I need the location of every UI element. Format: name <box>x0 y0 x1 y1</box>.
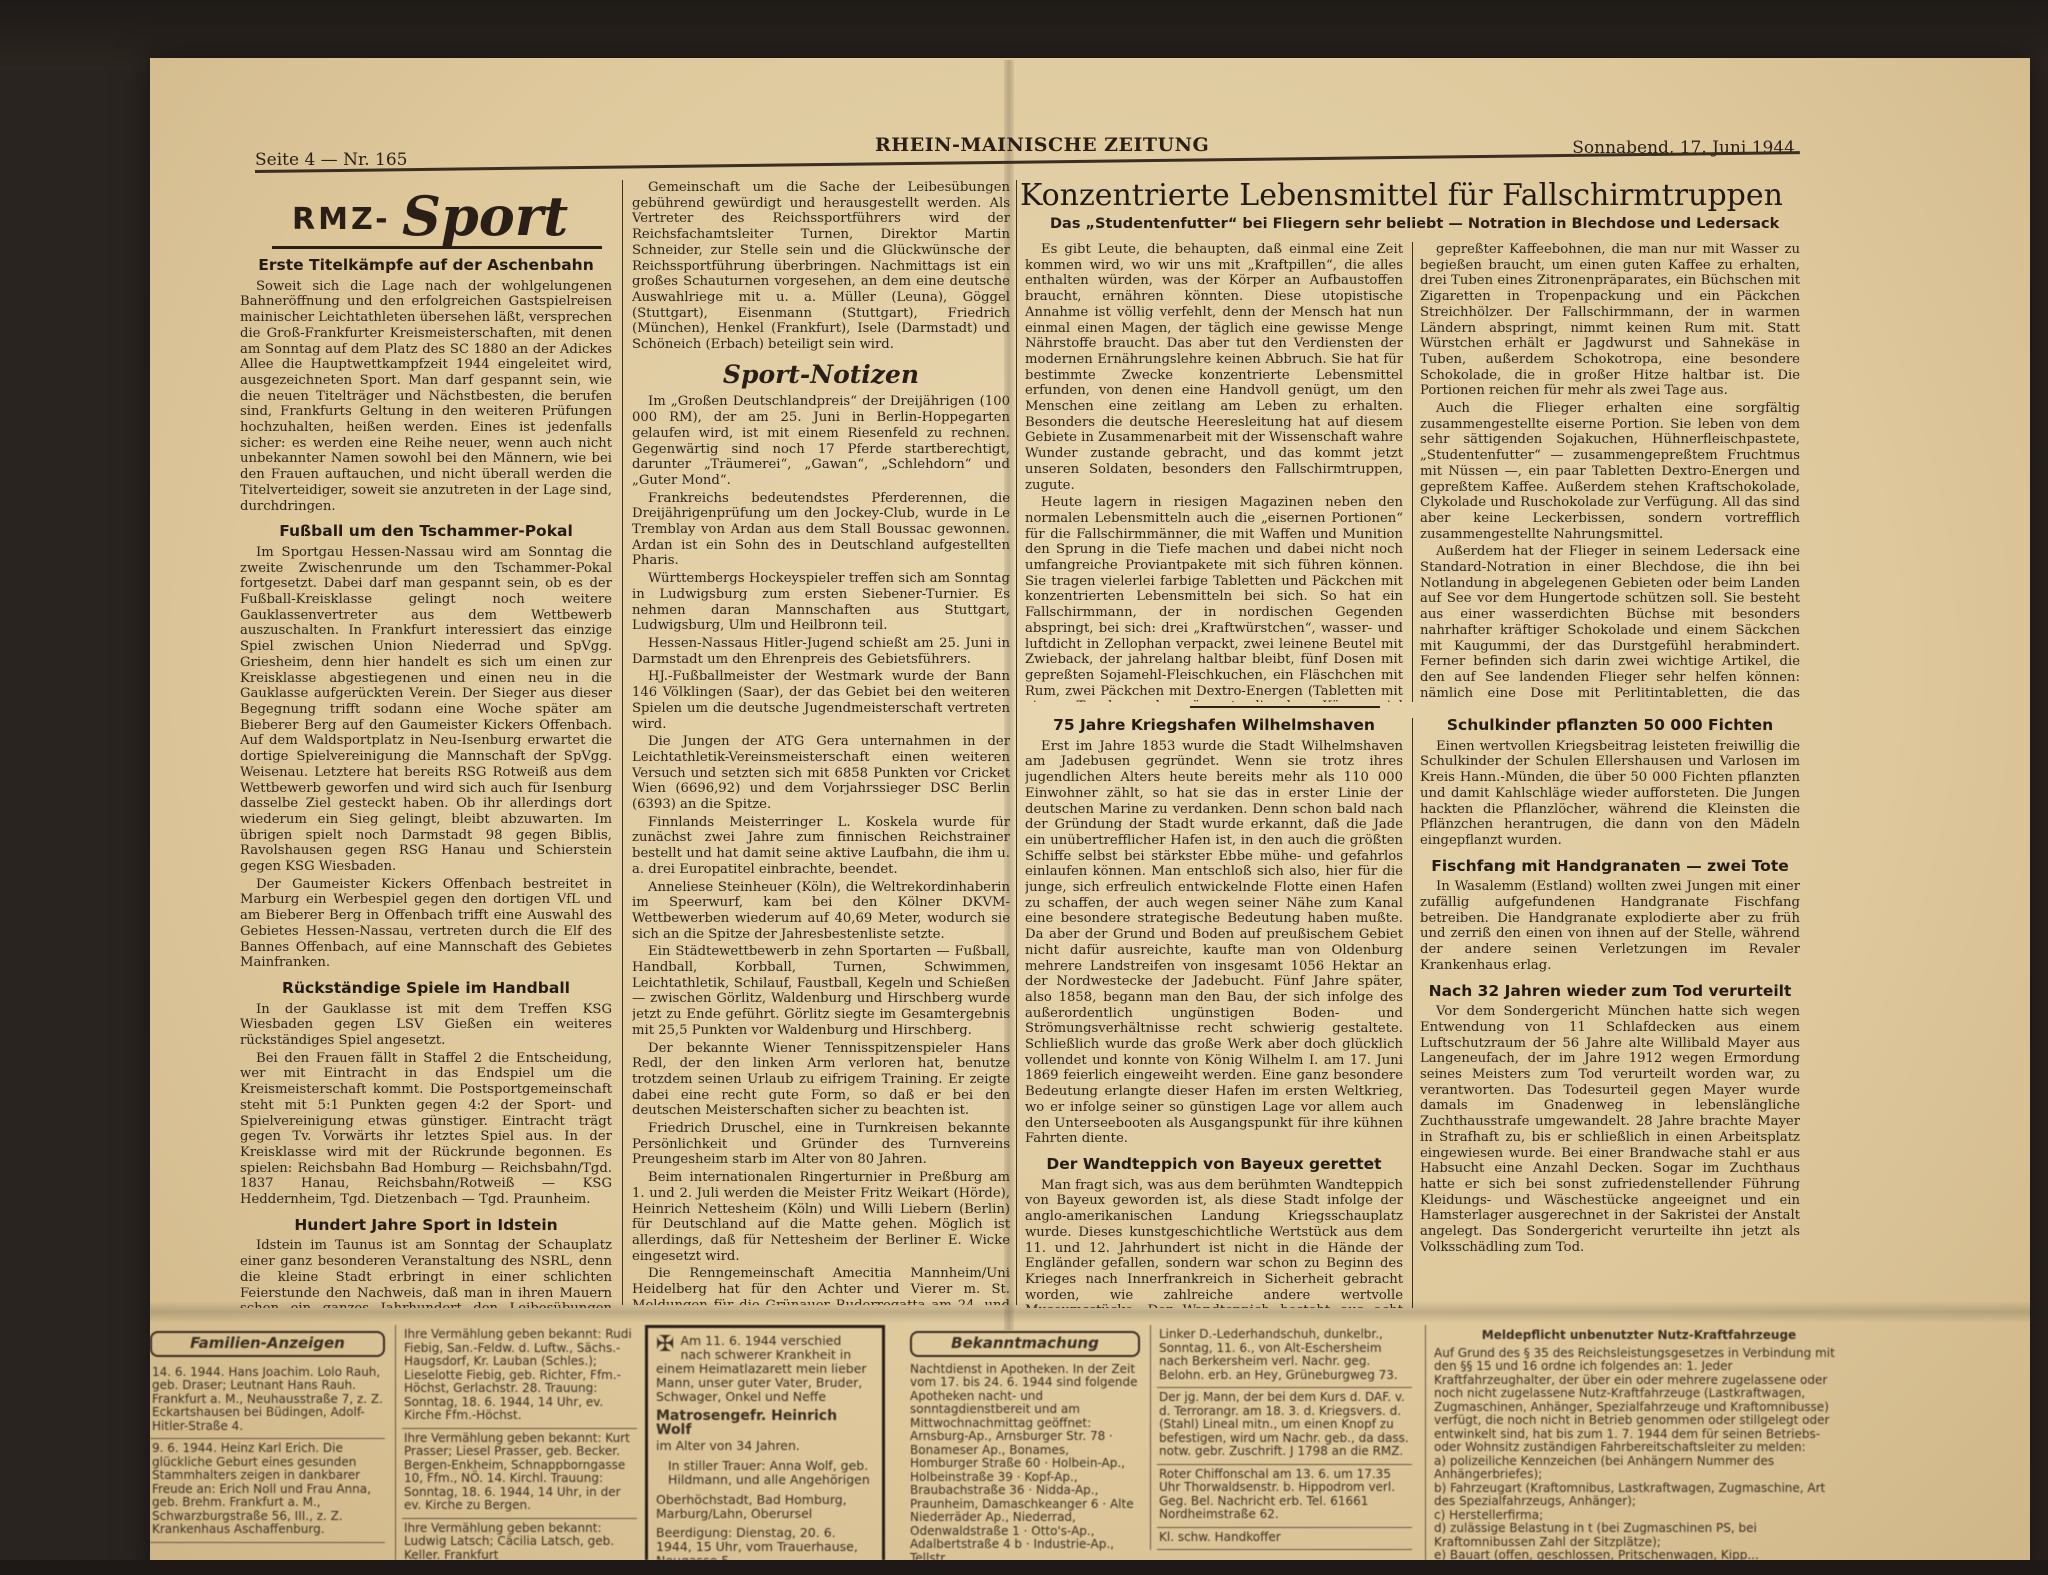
article-paragraph: Bei den Frauen fällt in Staffel 2 die En… <box>240 1051 612 1208</box>
article-paragraph: Im „Großen Deutschlandpreis“ der Dreijäh… <box>632 394 1010 488</box>
article-headline: Erste Titelkämpfe auf der Aschenbahn <box>240 258 612 274</box>
column-divider <box>1412 242 1413 702</box>
article-paragraph: Anneliese Steinheuer (Köln), die Weltrek… <box>632 880 1010 943</box>
announcement-header: Bekanntmachung <box>910 1331 1140 1357</box>
column-divider <box>1016 180 1017 1305</box>
article-paragraph: In Wasalemm (Estland) wollten zwei Junge… <box>1420 879 1800 973</box>
official-notice-header: Meldepflicht unbenutzter Nutz-Kraftfahrz… <box>1434 1329 1844 1343</box>
family-ads-column: Familien-Anzeigen 14. 6. 1944. Hans Joac… <box>150 1325 385 1543</box>
article-paragraph: gepreßter Kaffeebohnen, die man nur mit … <box>1420 242 1800 399</box>
page-number: Seite 4 — Nr. 165 <box>255 150 407 170</box>
family-ad: 9. 6. 1944. Heinz Karl Erich. Die glückl… <box>150 1439 385 1543</box>
article-paragraph: Die Jungen der ATG Gera unternahmen in d… <box>632 734 1010 813</box>
official-notice-text: Auf Grund des § 35 des Reichsleistungsge… <box>1434 1347 1844 1455</box>
sport-section-logo: RMZ- Sport <box>272 190 612 258</box>
article-headline: Hundert Jahre Sport in Idstein <box>240 1218 612 1234</box>
mourner-places: Oberhöchstadt, Bad Homburg, Marburg/Lahn… <box>656 1493 874 1521</box>
lead-column-left: Es gibt Leute, die behaupten, daß einmal… <box>1025 242 1403 702</box>
article-paragraph: Es gibt Leute, die behaupten, daß einmal… <box>1025 242 1403 493</box>
article-headline: Nach 32 Jahren wieder zum Tod verurteilt <box>1420 984 1800 1000</box>
article-headline: Rückständige Spiele im Handball <box>240 981 612 997</box>
article-paragraph: Vor dem Sondergericht München hatte sich… <box>1420 1004 1800 1255</box>
lead-subheadline: Das „Studentenfutter“ bei Fliegern sehr … <box>1050 216 1810 232</box>
official-notice-item: b) Fahrzeugart (Kraftomnibus, Lastkraftw… <box>1434 1482 1844 1509</box>
news-column-left: 75 Jahre Kriegshafen WilhelmshavenErst i… <box>1025 718 1403 1308</box>
lead-headline: Konzentrierte Lebensmittel für Fallschir… <box>1020 178 1800 213</box>
advertisements-section: Familien-Anzeigen 14. 6. 1944. Hans Joac… <box>150 1325 2030 1575</box>
article-paragraph: Friedrich Druschel, eine in Turnkreisen … <box>632 1121 1010 1168</box>
lost-found-ad: Der jg. Mann, der bei dem Kurs d. DAF. v… <box>1157 1388 1412 1465</box>
deceased-age: im Alter von 34 Jahren. <box>656 1439 874 1453</box>
newspaper-name: RHEIN-MAINISCHE ZEITUNG <box>875 134 1209 156</box>
article-paragraph: Einen wertvollen Kriegsbeitrag leisteten… <box>1420 739 1800 849</box>
official-notice-item: d) zulässige Belastung in t (bei Zugmasc… <box>1434 1522 1844 1549</box>
article-paragraph: Erst im Jahre 1853 wurde die Stadt Wilhe… <box>1025 739 1403 1147</box>
article-separator <box>1190 706 1380 708</box>
article-paragraph: Frankreichs bedeutendstes Pferderennen, … <box>632 491 1010 570</box>
article-paragraph: Idstein im Taunus ist am Sonntag der Sch… <box>240 1238 612 1308</box>
column-divider <box>1412 718 1413 1308</box>
wedding-ads-column: Ihre Vermählung geben bekannt: Rudi Fieb… <box>395 1325 637 1560</box>
wedding-ad: Ihre Vermählung geben bekannt: Kurt Pras… <box>402 1429 637 1519</box>
article-paragraph: Außerdem hat der Flieger in seinem Leder… <box>1420 544 1800 702</box>
article-paragraph: Der Gaumeister Kickers Offenbach bestrei… <box>240 877 612 971</box>
wedding-ad: Ihre Vermählung geben bekannt: Rudi Fieb… <box>402 1325 637 1429</box>
lost-found-ad: Roter Chiffonschal am 13. 6. um 17.35 Uh… <box>1157 1465 1412 1528</box>
deceased-name: Matrosengefr. Heinrich Wolf <box>656 1409 874 1437</box>
funeral-details: Beerdigung: Dienstag, 20. 6. 1944, 15 Uh… <box>656 1526 874 1560</box>
announcement-text: Nachtdienst in Apotheken. In der Zeit vo… <box>910 1363 1140 1561</box>
logo-underline <box>272 246 602 249</box>
article-paragraph: Finnlands Meisterringer L. Koskela wurde… <box>632 815 1010 878</box>
news-column-right: Schulkinder pflanzten 50 000 FichtenEine… <box>1420 718 1800 1258</box>
lost-found-ad: Kl. schw. Handkoffer <box>1157 1528 1412 1551</box>
sport-column-2: Gemeinschaft um die Sache der Leibesübun… <box>632 180 1010 1305</box>
article-paragraph: Ein Städtewettbewerb in zehn Sportarten … <box>632 944 1010 1038</box>
column-divider <box>622 180 623 1305</box>
family-ad: 14. 6. 1944. Hans Joachim. Lolo Rauh, ge… <box>150 1363 385 1440</box>
announcement-column: Bekanntmachung Nachtdienst in Apotheken.… <box>910 1325 1140 1560</box>
official-notice-item: c) Herstellerfirma; <box>1434 1509 1844 1523</box>
sport-notizen-title: Sport-Notizen <box>632 367 1010 383</box>
logo-word: Sport <box>402 184 568 248</box>
article-paragraph: Soweit sich die Lage nach der wohlgelung… <box>240 279 612 515</box>
iron-cross-icon: ✠ <box>656 1334 674 1356</box>
death-notice-intro: Am 11. 6. 1944 verschied nach schwerer K… <box>656 1334 874 1404</box>
article-headline: Fischfang mit Handgranaten — zwei Tote <box>1420 859 1800 875</box>
lost-found-ad: Linker D.-Lederhandschuh, dunkelbr., Son… <box>1157 1325 1412 1388</box>
background-bottom <box>0 1560 2048 1575</box>
article-paragraph: Auch die Flieger erhalten eine sorgfälti… <box>1420 401 1800 542</box>
article-paragraph: Beim internationalen Ringerturnier in Pr… <box>632 1170 1010 1264</box>
article-paragraph: Die Renngemeinschaft Amecitia Mannheim/U… <box>632 1266 1010 1305</box>
death-notice-column: ✠ Am 11. 6. 1944 verschied nach schwerer… <box>645 1325 885 1560</box>
logo-prefix: RMZ- <box>292 202 391 237</box>
mourners: In stiller Trauer: Anna Wolf, geb. Hildm… <box>668 1459 874 1487</box>
article-paragraph: Württembergs Hockeyspieler treffen sich … <box>632 571 1010 634</box>
article-paragraph: Gemeinschaft um die Sache der Leibesübun… <box>632 180 1010 353</box>
wedding-ad: Ihre Vermählung geben bekannt: Ludwig La… <box>402 1519 637 1561</box>
article-paragraph: HJ.-Fußballmeister der Westmark wurde de… <box>632 669 1010 732</box>
article-paragraph: Man fragt sich, was aus dem berühmten Wa… <box>1025 1178 1403 1308</box>
lead-column-right: gepreßter Kaffeebohnen, die man nur mit … <box>1420 242 1800 702</box>
article-headline: Der Wandteppich von Bayeux gerettet <box>1025 1157 1403 1173</box>
family-ads-header: Familien-Anzeigen <box>150 1331 385 1357</box>
official-notice-items: a) polizeiliche Kennzeichen (bei Anhänge… <box>1434 1455 1844 1561</box>
article-headline: 75 Jahre Kriegshafen Wilhelmshaven <box>1025 718 1403 734</box>
article-headline: Schulkinder pflanzten 50 000 Fichten <box>1420 718 1800 734</box>
article-paragraph: Im Sportgau Hessen-Nassau wird am Sonnta… <box>240 545 612 875</box>
lost-found-column: Linker D.-Lederhandschuh, dunkelbr., Son… <box>1150 1325 1412 1550</box>
article-paragraph: Heute lagern in riesigen Magazinen neben… <box>1025 495 1403 702</box>
article-paragraph: In der Gauklasse ist mit dem Treffen KSG… <box>240 1002 612 1049</box>
article-headline: Fußball um den Tschammer-Pokal <box>240 524 612 540</box>
official-notice-item: e) Bauart (offen, geschlossen, Pritschen… <box>1434 1549 1844 1560</box>
article-paragraph: Der bekannte Wiener Tennisspitzenspieler… <box>632 1041 1010 1120</box>
sport-column-1: Erste Titelkämpfe auf der AschenbahnSowe… <box>240 258 612 1308</box>
death-notice: ✠ Am 11. 6. 1944 verschied nach schwerer… <box>645 1325 885 1560</box>
official-notice-item: a) polizeiliche Kennzeichen (bei Anhänge… <box>1434 1455 1844 1482</box>
article-paragraph: Hessen-Nassaus Hitler-Jugend schießt am … <box>632 636 1010 667</box>
official-notice-column: Meldepflicht unbenutzter Nutz-Kraftfahrz… <box>1425 1325 1844 1560</box>
